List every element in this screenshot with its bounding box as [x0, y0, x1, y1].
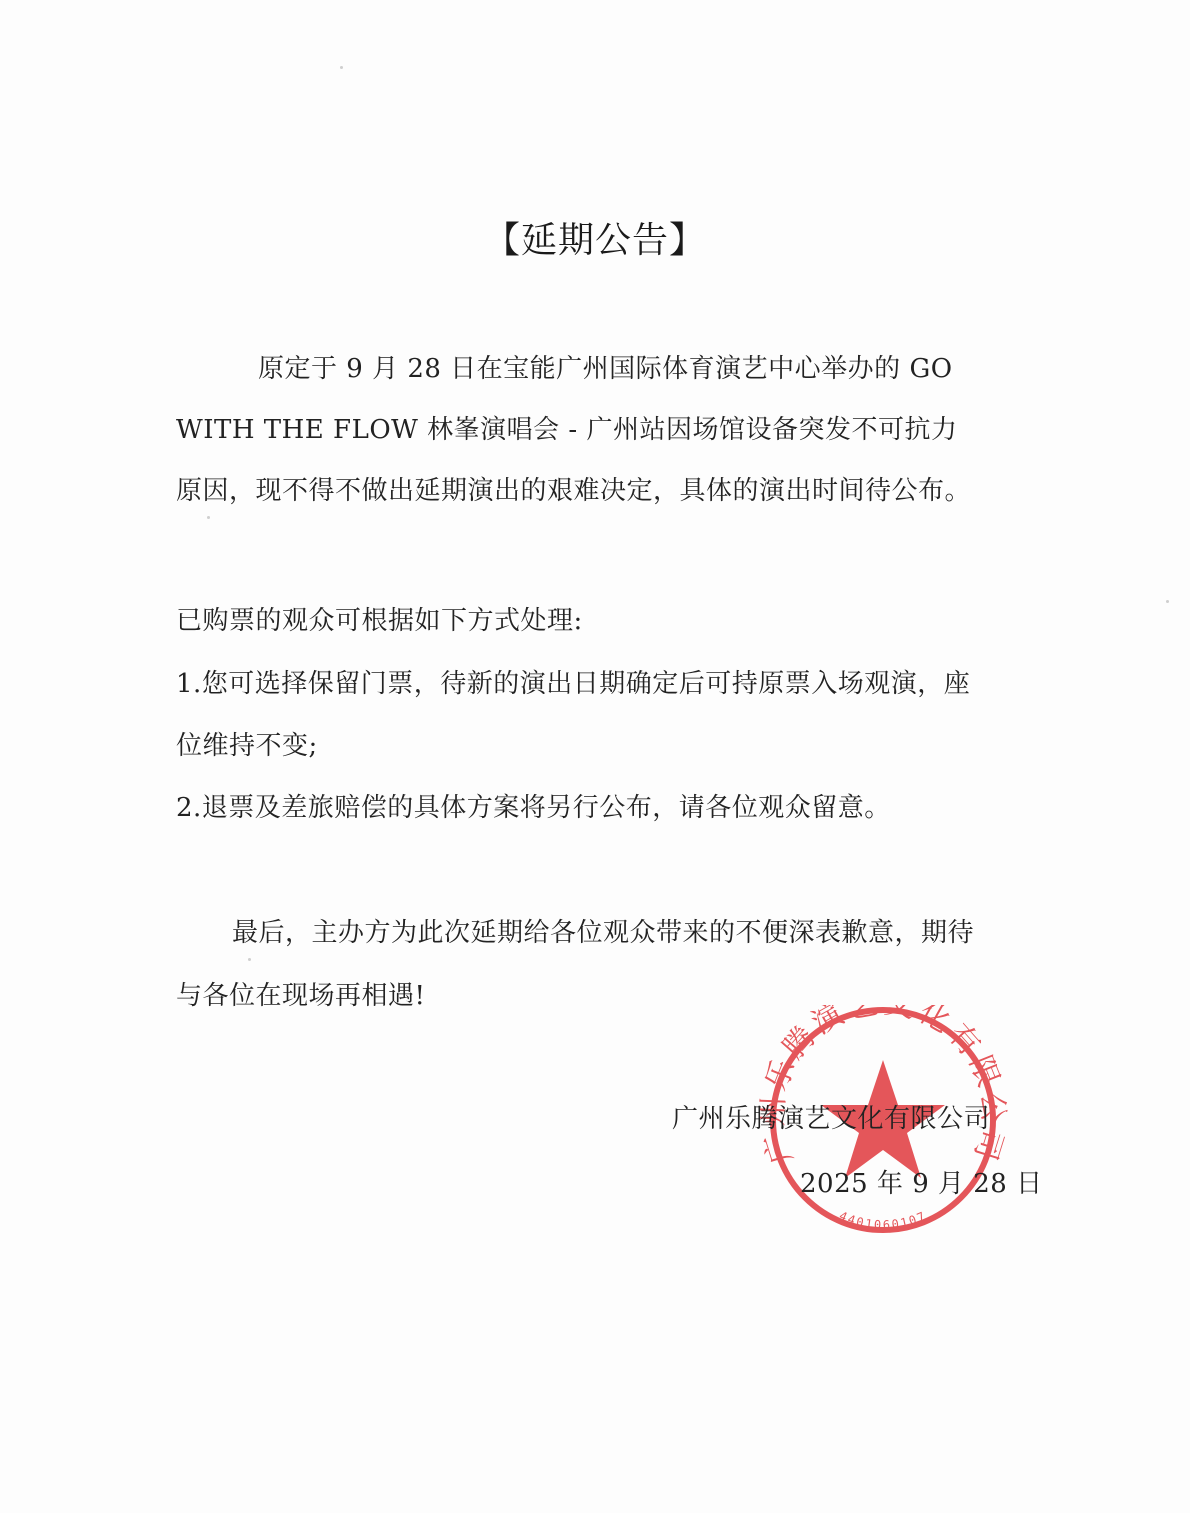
notice-title: 【延期公告】 — [0, 212, 1190, 263]
paragraph3-line1: 最后，主办方为此次延期给各位观众带来的不便深表歉意，期待 — [232, 912, 974, 949]
signature-date: 2025 年 9 月 28 日 — [800, 1163, 1043, 1200]
scan-speck — [1166, 600, 1169, 603]
scan-speck — [207, 516, 210, 519]
item2-line1: 2.退票及差旅赔偿的具体方案将另行公布，请各位观众留意。 — [176, 787, 891, 824]
seal-code: 4401060107 — [837, 1209, 929, 1233]
item1-line1: 1.您可选择保留门票，待新的演出日期确定后可持原票入场观演，座 — [176, 663, 970, 700]
scan-speck — [340, 66, 343, 69]
paragraph1-line1: 原定于 9 月 28 日在宝能广州国际体育演艺中心举办的 GO — [258, 348, 953, 385]
paragraph2-intro: 已购票的观众可根据如下方式处理: — [176, 600, 583, 637]
scan-speck — [248, 958, 251, 961]
paragraph1-line3: 原因，现不得不做出延期演出的艰难决定，具体的演出时间待公布。 — [176, 470, 971, 507]
document-page: 【延期公告】 原定于 9 月 28 日在宝能广州国际体育演艺中心举办的 GO W… — [0, 0, 1190, 1513]
svg-text:4401060107: 4401060107 — [837, 1209, 929, 1233]
signature-company: 广州乐腾演艺文化有限公司 — [672, 1098, 990, 1135]
paragraph1-line2: WITH THE FLOW 林峯演唱会 - 广州站因场馆设备突发不可抗力 — [176, 409, 957, 446]
item1-line2: 位维持不变; — [176, 725, 318, 762]
paragraph3-line2: 与各位在现场再相遇! — [176, 975, 425, 1012]
